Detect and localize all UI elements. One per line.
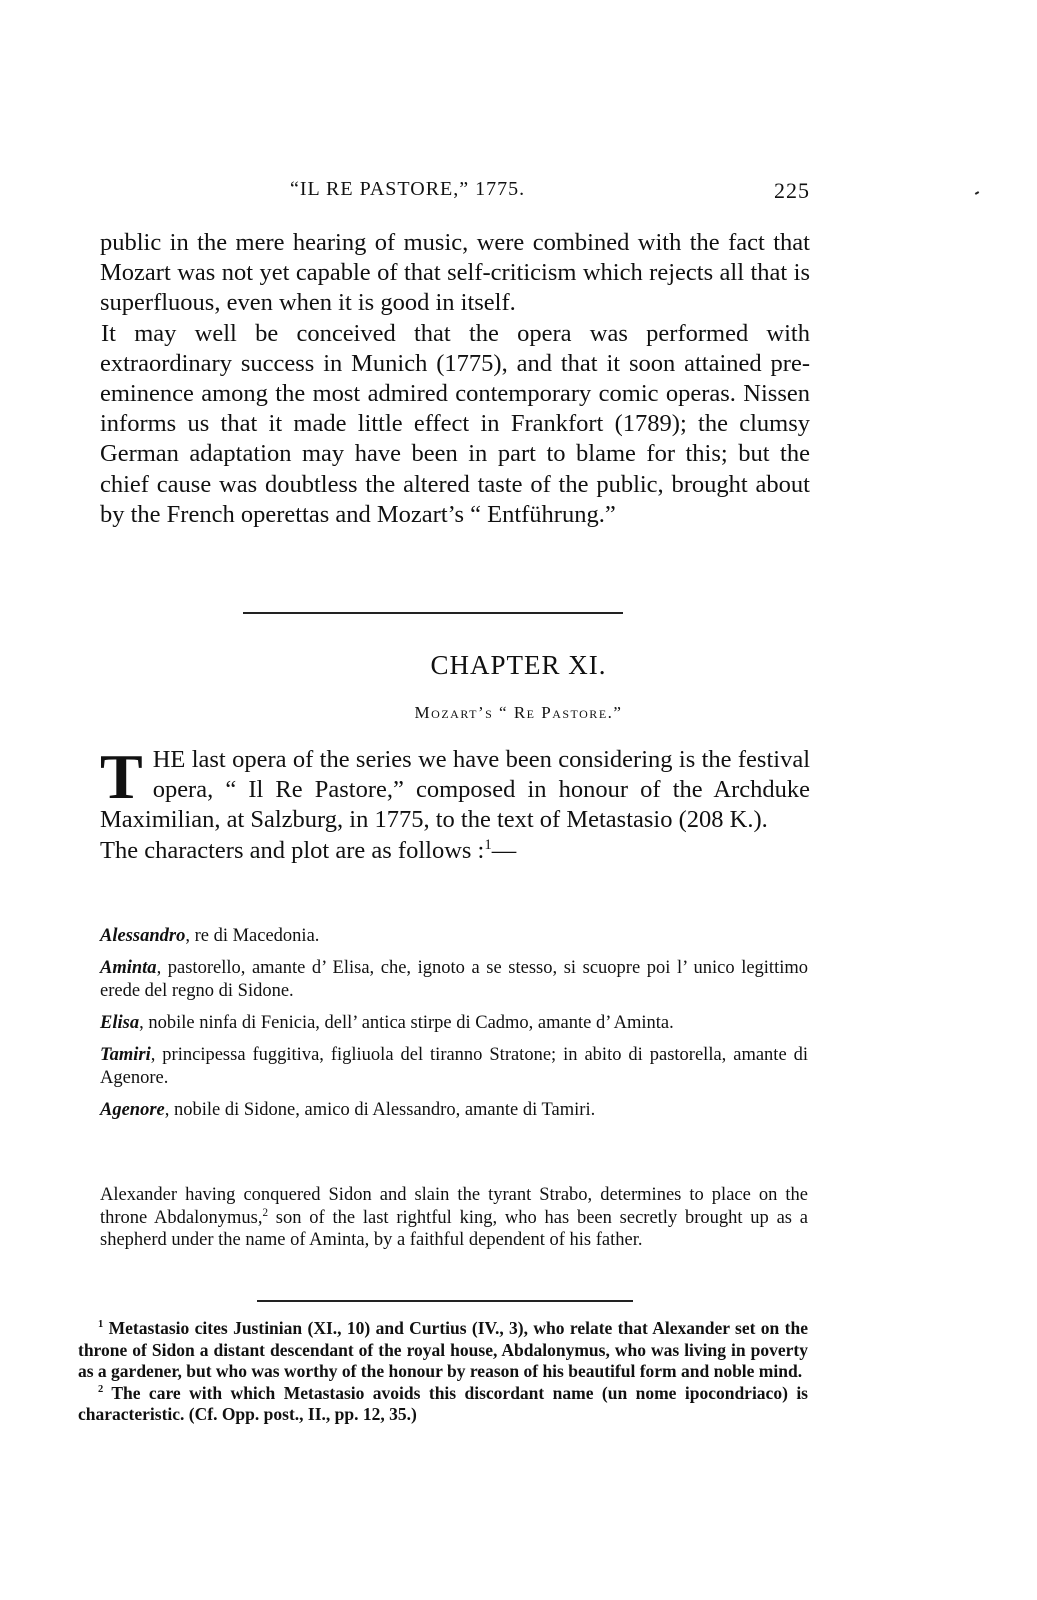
chapter-intro: THE last opera of the series we have bee… <box>100 745 810 866</box>
intro-text: HE last opera of the series we have been… <box>100 746 810 833</box>
chapter-subtitle: Mozart’s “ Re Pastore.” <box>0 703 1037 723</box>
character-name: Aminta <box>100 958 157 978</box>
section-divider-rule <box>243 612 623 614</box>
plot-synopsis: Alexander having conquered Sidon and sla… <box>100 1184 808 1252</box>
footnotes: 1 Metastasio cites Justinian (XI., 10) a… <box>78 1318 808 1426</box>
footnote-ref-1[interactable]: 1 <box>484 836 491 852</box>
paragraph-continued: public in the mere hearing of music, wer… <box>100 228 810 319</box>
cast-item: Aminta, pastorello, amante d’ Elisa, che… <box>100 957 808 1003</box>
cast-list: Alessandro, re di Macedonia. Aminta, pas… <box>100 925 808 1131</box>
cast-item: Tamiri, principessa fuggitiva, figliuola… <box>100 1044 808 1090</box>
running-title: “IL RE PASTORE,” 1775. <box>290 178 525 201</box>
page-number: 225 <box>774 178 810 204</box>
footnote-1: 1 Metastasio cites Justinian (XI., 10) a… <box>78 1318 808 1383</box>
character-name: Elisa <box>100 1013 139 1033</box>
continued-text: public in the mere hearing of music, wer… <box>100 228 810 530</box>
cast-item: Agenore, nobile di Sidone, amico di Ales… <box>100 1099 808 1122</box>
book-page: “IL RE PASTORE,” 1775. 225 public in the… <box>0 0 1037 1600</box>
footnote-2: 2 The care with which Metastasio avoids … <box>78 1383 808 1426</box>
drop-cap: T <box>100 751 143 803</box>
footnote-rule <box>257 1300 633 1302</box>
running-header: “IL RE PASTORE,” 1775. 225 <box>290 170 810 206</box>
character-name: Alessandro <box>100 926 185 946</box>
character-name: Tamiri <box>100 1045 151 1065</box>
cast-item: Alessandro, re di Macedonia. <box>100 925 808 948</box>
cast-item: Elisa, nobile ninfa di Fenicia, dell’ an… <box>100 1012 808 1035</box>
characters-intro: The characters and plot are as follows :… <box>100 836 810 866</box>
scan-speck <box>975 191 979 195</box>
intro-paragraph: THE last opera of the series we have bee… <box>100 745 810 836</box>
chapter-title: CHAPTER XI. <box>0 650 1037 681</box>
paragraph-opera-reception: It may well be conceived that the opera … <box>100 319 810 530</box>
character-name: Agenore <box>100 1100 165 1120</box>
